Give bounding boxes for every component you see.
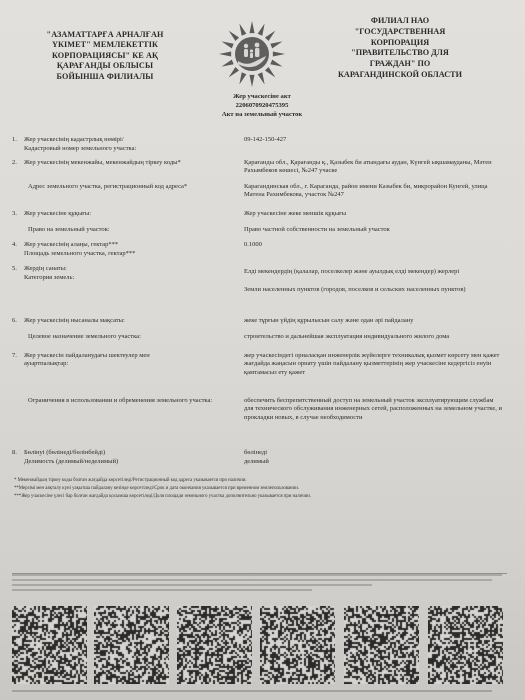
item-label-ru: Площадь земельного участка, гектар*** (24, 250, 239, 258)
item-label-kz: Жер учаскесінің кадастрлық нөмірі/ (24, 136, 239, 144)
item-number: 2. (12, 159, 17, 167)
qr-code-icon (94, 606, 169, 684)
qr-code-icon (344, 606, 419, 684)
item-value: 09-142-150-427 (244, 136, 504, 144)
org-ru-line: ГРАЖДАН" ПО (325, 59, 475, 70)
item-label-kz: Жердің санаты: (24, 265, 239, 273)
item-number: 5. (12, 265, 17, 273)
item-value-ru: строительство и дальнейшая эксплуатация … (244, 333, 504, 341)
act-title-kz: Жер учаскесіне акт (180, 92, 344, 101)
item-value-kz: Елді мекендердің (қалалар, поселкелер жә… (244, 268, 504, 276)
footnote-3: ***Жер учаскесіне үлесі бар болған жағда… (14, 493, 514, 500)
act-number: 2206070920475395 (180, 101, 344, 110)
item-number: 4. (12, 241, 17, 249)
land-plot-act-document: "АЗАМАТТАРҒА АРНАЛҒАН ҮКІМЕТ" МЕМЛЕКЕТТІ… (0, 0, 525, 700)
footnote-2: **Мерзімі мен аяқталу күні уақытша пайда… (14, 485, 514, 492)
sun-family-hand-logo-icon (216, 18, 288, 90)
qr-code-icon (260, 606, 335, 684)
item-label-ru: Целевое назначение земельного участка: (28, 333, 243, 341)
item-label-kz: Жер учаскесіне құқығы: (24, 210, 239, 218)
org-kz-line: КОРПОРАЦИЯСЫ" КЕ АҚ (40, 51, 170, 61)
org-kz-line: ҚАРАҒАНДЫ ОБЛЫСЫ (40, 61, 170, 71)
item-label-ru: Кадастровый номер земельного участка: (24, 145, 239, 153)
item-number: 8. (12, 449, 17, 457)
item-value-ru: Земли населенных пунктов (городов, посел… (244, 286, 504, 294)
legal-fine-print (12, 574, 512, 594)
item-value-ru: делимый (244, 458, 504, 466)
org-ru-line: КОРПОРАЦИЯ (325, 38, 475, 49)
item-number: 7. (12, 352, 17, 360)
item-label-ru: Право на земельный участок: (28, 226, 243, 234)
org-ru-line: ФИЛИАЛ НАО (325, 16, 475, 27)
item-label-ru: Ограничения в использовании и обременени… (28, 397, 238, 405)
item-value: 0.1000 (244, 241, 504, 249)
qr-code-icon (177, 606, 252, 684)
org-kz-line: БОЙЫНША ФИЛИАЛЫ (40, 72, 170, 82)
item-value-ru: обеспечить беспрепятственный доступ на з… (244, 397, 504, 422)
item-label-kz: Жер учаскесінің нысаналы мақсаты: (24, 317, 239, 325)
item-label-kz: Бөлінуі (бөлінеді/бөлінбейді) (24, 449, 239, 457)
org-ru-line: КАРАГАНДИНСКОЙ ОБЛАСТИ (325, 70, 475, 81)
header-org-ru: ФИЛИАЛ НАО "ГОСУДАРСТВЕННАЯ КОРПОРАЦИЯ "… (325, 16, 475, 81)
bottom-fine-print (12, 690, 492, 692)
item-label-kz: Жер учаскесінің мекенжайы, мекенжайдың т… (24, 159, 239, 167)
item-label-kz: Жер учаскесін пайдаланудағы шектеулер ме… (24, 352, 194, 369)
item-value-kz: Қарағанды обл., Қарағанды қ., Қазыбек би… (244, 159, 504, 176)
item-label-ru: Делимость (делимый/неделимый) (24, 458, 239, 466)
top-cut-off-text (0, 0, 525, 8)
item-value-kz: Жер учаскесіне жеке меншік құқығы (244, 210, 504, 218)
org-kz-line: ҮКІМЕТ" МЕМЛЕКЕТТІК (40, 40, 170, 50)
org-ru-line: "ГОСУДАРСТВЕННАЯ (325, 27, 475, 38)
item-label-ru: Категория земель: (24, 274, 239, 282)
item-value-kz: бөлінеді (244, 449, 504, 457)
item-label-ru: Адрес земельного участка, регистрационны… (28, 183, 243, 191)
header-org-kz: "АЗАМАТТАРҒА АРНАЛҒАН ҮКІМЕТ" МЕМЛЕКЕТТІ… (40, 30, 170, 82)
item-label-kz: Жер учаскесінің алаңы, гектар*** (24, 241, 239, 249)
qr-code-strip (12, 606, 512, 686)
act-title-block: Жер учаскесіне акт 2206070920475395 Акт … (180, 92, 344, 120)
qr-code-icon (12, 606, 87, 684)
item-value-ru: Карагандинская обл., г. Караганда, район… (244, 183, 504, 200)
item-number: 6. (12, 317, 17, 325)
item-value-kz: жеке тұрғын үйдің құрылысын салу және од… (244, 317, 504, 325)
item-number: 3. (12, 210, 17, 218)
qr-code-icon (428, 606, 503, 684)
org-kz-line: "АЗАМАТТАРҒА АРНАЛҒАН (40, 30, 170, 40)
act-title-ru: Акт на земельный участок (180, 110, 344, 119)
item-number: 1. (12, 136, 17, 144)
org-ru-line: "ПРАВИТЕЛЬСТВО ДЛЯ (325, 48, 475, 59)
footnote-1: * Мекенжайдың тіркеу коды болған жағдайд… (14, 477, 514, 484)
item-value-kz: жер учаскесіндегі орналасқан инженерлік … (244, 352, 504, 377)
item-value-ru: Право частной собственности на земельный… (244, 226, 504, 234)
